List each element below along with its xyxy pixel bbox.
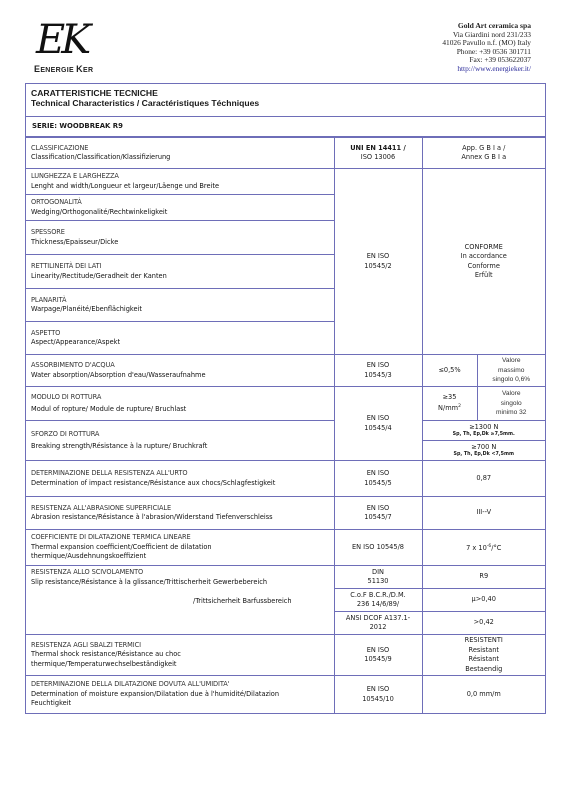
table-row: RESISTENZA ALL'ABRASIONE SUPERFICIALEAbr… [26, 497, 545, 530]
table-cell: ≥700 NSp, Th, Ep,Dk <7,5mm [422, 441, 545, 461]
company-info: Gold Art ceramica spa Via Giardini nord … [442, 22, 531, 73]
table-cell: EN ISO10545/10 [334, 676, 422, 714]
table-cell: ≥1300 NSp, Th, Ep,Dk ≥7,5mm. [422, 421, 545, 441]
table-cell: EN ISO10545/7 [334, 497, 422, 530]
table-cell: RESISTENZA AGLI SBALZI TERMICIThermal sh… [26, 635, 334, 676]
table-cell: App. G B I a /Annex G B I a [422, 138, 545, 169]
logo-mark: EK [36, 18, 87, 62]
table-cell: CLASSIFICAZIONEClassification/Classifica… [26, 138, 334, 169]
table-cell: EN ISO10545/2 [334, 169, 422, 355]
table-cell: PLANARITÀWarpage/Planéité/Ebenflächigkei… [26, 289, 334, 322]
table-cell: DIN51130 [334, 566, 422, 589]
table-cell: ≥35N/mm2 [422, 387, 477, 421]
table-cell: ORTOGONALITÀWedging/Orthogonalité/Rechtw… [26, 195, 334, 221]
table-cell: C.o.F B.C.R./D.M.236 14/6/89/ [334, 589, 422, 612]
table-cell: DETERMINAZIONE DELLA DILATAZIONE DOVUTA … [26, 676, 334, 714]
table-cell: ANSI DCOF A137.1-2012 [334, 612, 422, 635]
table-cell: ASSORBIMENTO D'ACQUAWater absorption/Abs… [26, 355, 334, 387]
table-cell: EN ISO10545/5 [334, 461, 422, 497]
table-row: MODULO DI ROTTURAModul of ropture/ Modul… [26, 387, 545, 421]
table-row: SFORZO DI ROTTURABreaking strength/Résis… [26, 421, 545, 441]
logo-brand: EEnergie Ker [34, 64, 93, 74]
table-cell: Valoremassimosingolo 0,6% [477, 355, 545, 387]
sheet-title: CARATTERISTICHE TECNICHE Technical Chara… [26, 84, 545, 117]
spec-table: CLASSIFICAZIONEClassification/Classifica… [26, 137, 545, 714]
technical-sheet: CARATTERISTICHE TECNICHE Technical Chara… [25, 83, 546, 714]
table-cell: 7 x 10-6/°C [422, 530, 545, 566]
table-row: RESISTENZA ALLO SCIVOLAMENTO Slip resist… [26, 566, 545, 589]
table-cell: RESISTENTIResistantRésistantBestaendig [422, 635, 545, 676]
table-cell: ≤0,5% [422, 355, 477, 387]
table-cell: SFORZO DI ROTTURABreaking strength/Résis… [26, 421, 334, 461]
table-row: RESISTENZA AGLI SBALZI TERMICIThermal sh… [26, 635, 545, 676]
table-cell: EN ISO 10545/8 [334, 530, 422, 566]
table-row: CLASSIFICAZIONEClassification/Classifica… [26, 138, 545, 169]
table-cell: EN ISO10545/9 [334, 635, 422, 676]
table-cell: CONFORMEIn accordanceConformeErfült [422, 169, 545, 355]
table-cell: 0,0 mm/m [422, 676, 545, 714]
table-cell: R9 [422, 566, 545, 589]
table-cell: EN ISO10545/3 [334, 355, 422, 387]
table-cell: DETERMINAZIONE DELLA RESISTENZA ALL'URTO… [26, 461, 334, 497]
table-cell: SPESSOREThickness/Epaisseur/Dicke [26, 221, 334, 255]
table-cell: MODULO DI ROTTURAModul of ropture/ Modul… [26, 387, 334, 421]
table-cell: 0,87 [422, 461, 545, 497]
energieker-logo: EK EEnergie Ker [30, 18, 100, 80]
table-cell: III--V [422, 497, 545, 530]
table-cell: ASPETTOAspect/Appearance/Aspekt [26, 322, 334, 355]
table-cell: µ>0,40 [422, 589, 545, 612]
table-cell: UNI EN 14411 /ISO 13006 [334, 138, 422, 169]
table-cell: Valoresingolominimo 32 [477, 387, 545, 421]
table-cell: RESISTENZA ALLO SCIVOLAMENTO Slip resist… [26, 566, 334, 635]
series-label: SERIE: WOODBREAK R9 [26, 117, 545, 137]
table-row: LUNGHEZZA E LARGHEZZALenght and width/Lo… [26, 169, 545, 195]
table-row: DETERMINAZIONE DELLA DILATAZIONE DOVUTA … [26, 676, 545, 714]
company-website-link[interactable]: http://www.energieker.it/ [457, 64, 531, 73]
table-cell: RESISTENZA ALL'ABRASIONE SUPERFICIALEAbr… [26, 497, 334, 530]
table-cell: LUNGHEZZA E LARGHEZZALenght and width/Lo… [26, 169, 334, 195]
table-cell: RETTILINEITÀ DEI LATILinearity/Rectitude… [26, 255, 334, 289]
table-cell: EN ISO10545/4 [334, 387, 422, 461]
table-cell: >0,42 [422, 612, 545, 635]
table-row: DETERMINAZIONE DELLA RESISTENZA ALL'URTO… [26, 461, 545, 497]
title-it: CARATTERISTICHE TECNICHE [31, 88, 539, 98]
title-multilang: Technical Characteristics / Caractéristi… [31, 98, 539, 108]
table-cell: COEFFICIENTE DI DILATAZIONE TERMICA LINE… [26, 530, 334, 566]
table-row: ASSORBIMENTO D'ACQUAWater absorption/Abs… [26, 355, 545, 387]
table-row: COEFFICIENTE DI DILATAZIONE TERMICA LINE… [26, 530, 545, 566]
